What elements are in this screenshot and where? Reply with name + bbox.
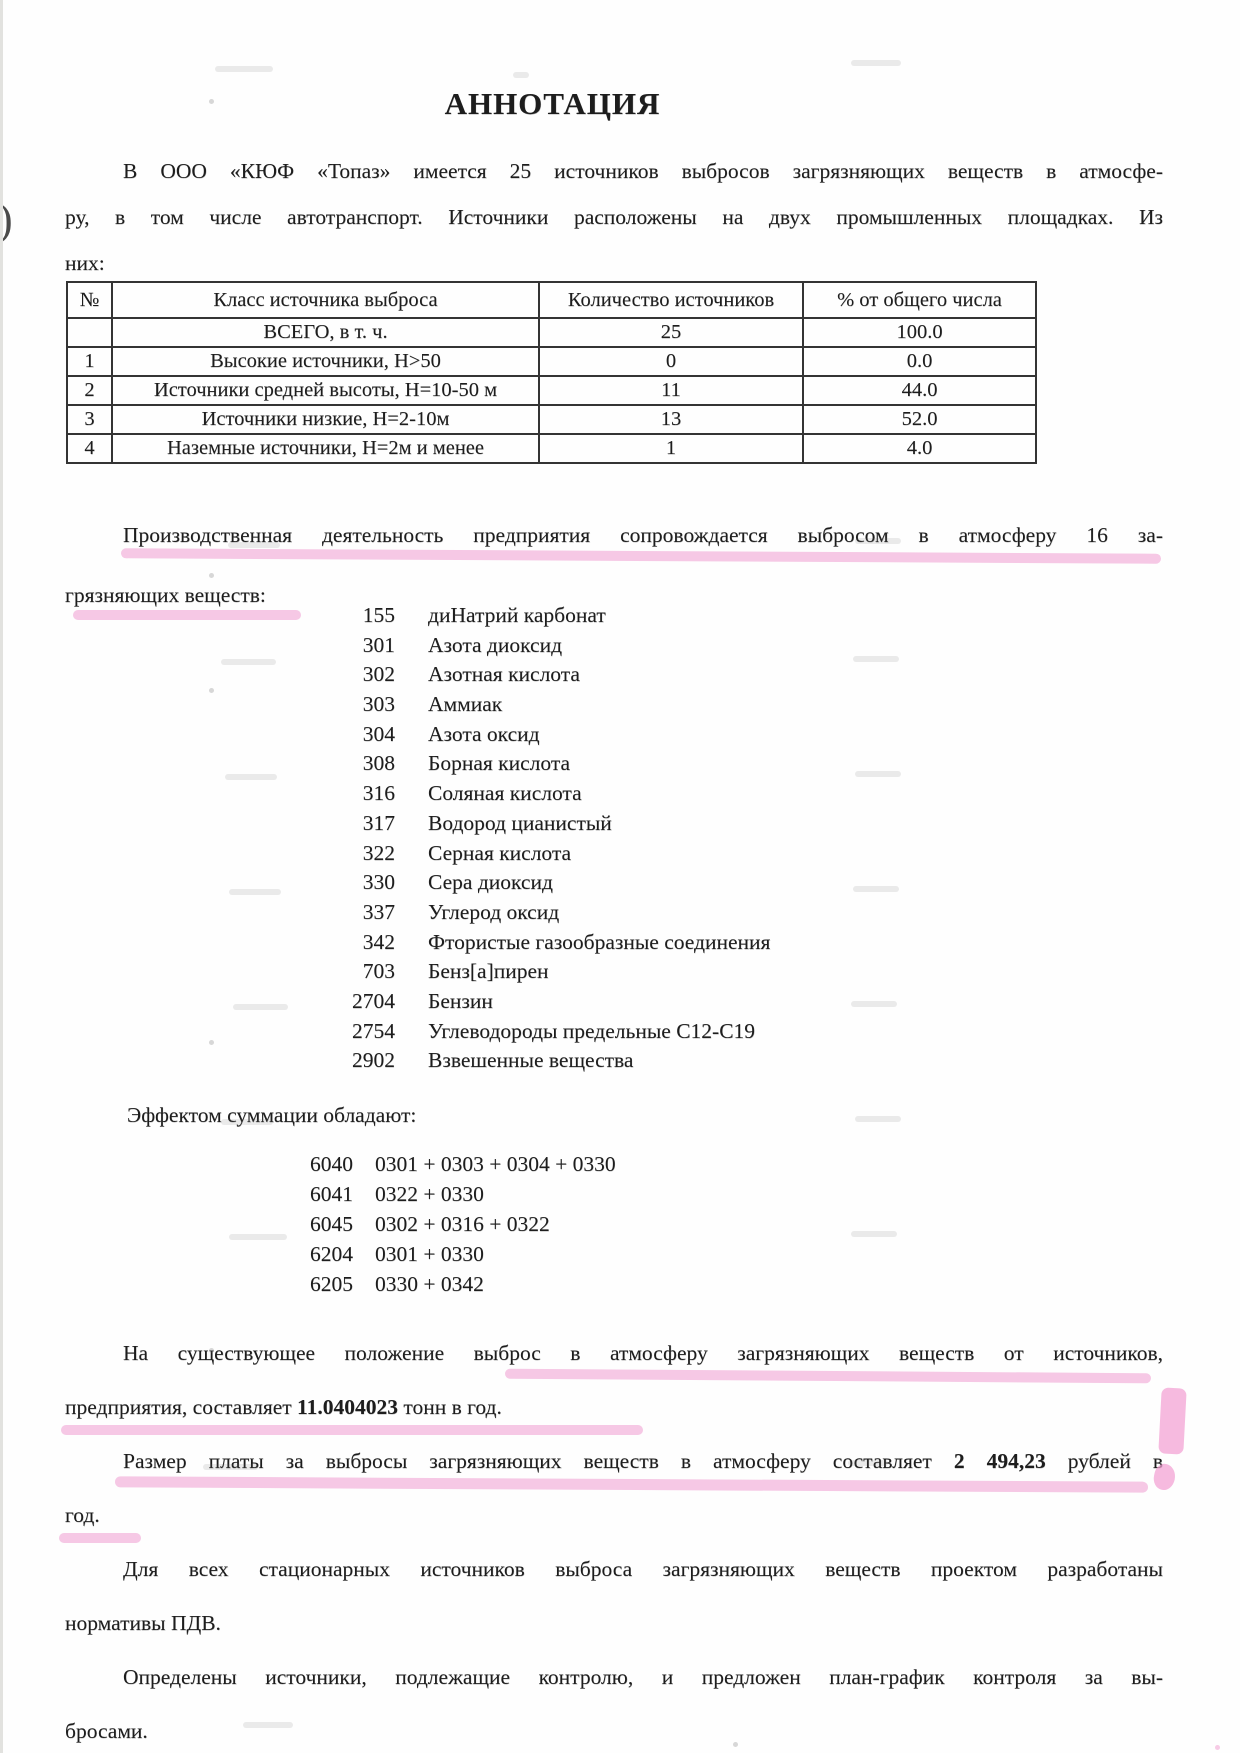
scan-dot	[733, 1742, 738, 1747]
scan-margin-mark: )	[0, 194, 13, 245]
summation-item: 6045 0302 + 0316 + 0322	[3, 1212, 1240, 1242]
pollutant-item: 703 Бенз[а]пирен	[3, 959, 1240, 989]
cell-percent: 52.0	[803, 405, 1036, 434]
pollutant-name: Борная кислота	[428, 751, 570, 776]
pollutant-code: 342	[333, 930, 395, 955]
scan-smudge	[225, 774, 277, 780]
scan-dot	[209, 1040, 214, 1045]
cell-percent: 44.0	[803, 376, 1036, 405]
table-row: ВСЕГО, в т. ч. 25 100.0	[67, 318, 1036, 347]
scan-smudge	[229, 1234, 287, 1240]
cell-percent: 100.0	[803, 318, 1036, 347]
pollutant-item: 2902 Взвешенные вещества	[3, 1048, 1240, 1078]
pollutant-code: 308	[333, 751, 395, 776]
pollutant-item: 317 Водород цианистый	[3, 811, 1240, 841]
pollutant-item: 342 Фтористые газообразные соединения	[3, 930, 1240, 960]
pink-highlight-underline	[61, 1425, 643, 1435]
table-header-row: № Класс источника выброса Количество ист…	[67, 282, 1036, 318]
scan-smudge	[855, 1116, 901, 1122]
pollutant-item: 301 Азота диоксид	[3, 633, 1240, 663]
pollutant-code: 2704	[333, 989, 395, 1014]
scan-smudge	[851, 60, 901, 66]
pollutant-name: Азота диоксид	[428, 633, 562, 658]
scan-smudge	[853, 886, 899, 892]
pollutant-code: 2902	[333, 1048, 395, 1073]
pollutant-item: 316 Соляная кислота	[3, 781, 1240, 811]
pollutant-code: 303	[333, 692, 395, 717]
pollutant-name: Азотная кислота	[428, 662, 580, 687]
pollutant-name: Соляная кислота	[428, 781, 582, 806]
col-header-class: Класс источника выброса	[112, 282, 539, 318]
scan-dot	[209, 688, 214, 693]
pollutant-item: 2704 Бензин	[3, 989, 1240, 1019]
pollutant-item: 304 Азота оксид	[3, 722, 1240, 752]
summation-code: 6041	[285, 1182, 353, 1207]
payment-value: 2 494,23	[954, 1449, 1046, 1473]
cell-count: 1	[539, 434, 803, 463]
summation-item: 6204 0301 + 0330	[3, 1242, 1240, 1272]
table-row: 4 Наземные источники, Н=2м и менее 1 4.0	[67, 434, 1036, 463]
scan-dot-pink	[1215, 1745, 1220, 1750]
pollutant-item: 330 Сера диоксид	[3, 870, 1240, 900]
cell-class: Высокие источники, Н>50	[112, 347, 539, 376]
col-header-count: Количество источников	[539, 282, 803, 318]
scan-smudge	[221, 659, 276, 665]
pink-highlight-underline	[121, 548, 1161, 563]
summation-code: 6205	[285, 1272, 353, 1297]
pollutant-code: 317	[333, 811, 395, 836]
cell-class: Источники низкие, Н=2-10м	[112, 405, 539, 434]
pink-highlight-underline	[73, 610, 301, 620]
scan-smudge	[855, 771, 901, 777]
payment-line-1-suffix: рублей в	[1046, 1449, 1163, 1473]
pollutant-name: Азота оксид	[428, 722, 540, 747]
pollutant-code: 330	[333, 870, 395, 895]
control-line-1: Определены источники, подлежащие контрол…	[65, 1664, 1163, 1691]
page-title: АННОТАЦИЯ	[65, 86, 1040, 122]
scan-dot	[209, 1348, 214, 1353]
cell-number: 2	[67, 376, 112, 405]
summation-formula: 0301 + 0330	[375, 1242, 484, 1267]
summation-code: 6204	[285, 1242, 353, 1267]
cell-percent: 0.0	[803, 347, 1036, 376]
emissions-line-2: предприятия, составляет 11.0404023 тонн …	[65, 1394, 1163, 1421]
scan-smudge	[228, 542, 280, 548]
pink-exclamation-mark	[1158, 1387, 1186, 1454]
scan-smudge	[221, 1119, 273, 1125]
cell-number	[67, 318, 112, 347]
summation-list: 6040 0301 + 0303 + 0304 + 0330 6041 0322…	[3, 1152, 1240, 1302]
payment-line-2: год.	[65, 1502, 1163, 1529]
scan-smudge	[229, 889, 281, 895]
cell-class: ВСЕГО, в т. ч.	[112, 318, 539, 347]
pollutant-code: 322	[333, 841, 395, 866]
summation-formula: 0330 + 0342	[375, 1272, 484, 1297]
pollutant-code: 337	[333, 900, 395, 925]
cell-count: 11	[539, 376, 803, 405]
pollutant-item: 303 Аммиак	[3, 692, 1240, 722]
pollutant-name: Взвешенные вещества	[428, 1048, 633, 1073]
summation-item: 6040 0301 + 0303 + 0304 + 0330	[3, 1152, 1240, 1182]
pollutant-name: Аммиак	[428, 692, 502, 717]
pollutant-code: 302	[333, 662, 395, 687]
pollutant-name: Водород цианистый	[428, 811, 612, 836]
scan-smudge	[203, 1464, 258, 1470]
summation-item: 6205 0330 + 0342	[3, 1272, 1240, 1302]
pollutant-code: 703	[333, 959, 395, 984]
pollutant-name: Углерод оксид	[428, 900, 559, 925]
table-row: 2 Источники средней высоты, Н=10-50 м 11…	[67, 376, 1036, 405]
col-header-percent: % от общего числа	[803, 282, 1036, 318]
summation-formula: 0322 + 0330	[375, 1182, 484, 1207]
scan-dot	[209, 99, 214, 104]
cell-percent: 4.0	[803, 434, 1036, 463]
scan-dot	[209, 573, 214, 578]
emissions-line-2-suffix: тонн в год.	[398, 1395, 502, 1419]
scan-smudge	[215, 66, 273, 72]
pink-highlight-underline	[505, 1369, 1151, 1384]
summation-item: 6041 0322 + 0330	[3, 1182, 1240, 1212]
summation-code: 6045	[285, 1212, 353, 1237]
scan-smudge	[851, 1001, 897, 1007]
pollutant-name: Углеводороды предельные С12-С19	[428, 1019, 755, 1044]
pollutant-list: 155 диНатрий карбонат 301 Азота диоксид …	[3, 603, 1240, 1078]
pollutant-code: 304	[333, 722, 395, 747]
pollutant-name: Бенз[а]пирен	[428, 959, 549, 984]
table-row: 3 Источники низкие, Н=2-10м 13 52.0	[67, 405, 1036, 434]
col-header-number: №	[67, 282, 112, 318]
scan-smudge	[855, 538, 901, 544]
pollutant-name: диНатрий карбонат	[428, 603, 606, 628]
cell-class: Наземные источники, Н=2м и менее	[112, 434, 539, 463]
scan-smudge	[851, 1231, 897, 1237]
pollutant-item: 337 Углерод оксид	[3, 900, 1240, 930]
cell-number: 3	[67, 405, 112, 434]
scan-smudge	[848, 1460, 888, 1466]
table-row: 1 Высокие источники, Н>50 0 0.0	[67, 347, 1036, 376]
cell-class: Источники средней высоты, Н=10-50 м	[112, 376, 539, 405]
pdv-line-1: Для всех стационарных источников выброса…	[65, 1556, 1163, 1583]
scan-smudge	[233, 1004, 288, 1010]
pollutant-name: Фтористые газообразные соединения	[428, 930, 770, 955]
scan-smudge	[513, 72, 529, 78]
pink-highlight-underline	[59, 1533, 141, 1543]
summation-formula: 0301 + 0303 + 0304 + 0330	[375, 1152, 616, 1177]
pollutant-code: 155	[333, 603, 395, 628]
cell-number: 1	[67, 347, 112, 376]
pollutant-name: Бензин	[428, 989, 493, 1014]
control-line-2: бросами.	[65, 1718, 1163, 1745]
pollutant-item: 2754 Углеводороды предельные С12-С19	[3, 1019, 1240, 1049]
intro-line-2: ру, в том числе автотранспорт. Источники…	[65, 204, 1163, 231]
intro-line-1: В ООО «КЮФ «Топаз» имеется 25 источников…	[65, 158, 1163, 185]
pollutant-name: Серная кислота	[428, 841, 571, 866]
emissions-line-1: На существующее положение выброс в атмос…	[65, 1340, 1163, 1367]
payment-line-1: Размер платы за выбросы загрязняющих вещ…	[65, 1448, 1163, 1475]
intro-line-3: них:	[65, 250, 1163, 277]
scan-smudge	[853, 656, 899, 662]
pollutant-item: 302 Азотная кислота	[3, 662, 1240, 692]
summation-code: 6040	[285, 1152, 353, 1177]
cell-count: 13	[539, 405, 803, 434]
cell-number: 4	[67, 434, 112, 463]
pollutant-item: 322 Серная кислота	[3, 841, 1240, 871]
cell-count: 25	[539, 318, 803, 347]
pdv-line-2: нормативы ПДВ.	[65, 1610, 1163, 1637]
summation-formula: 0302 + 0316 + 0322	[375, 1212, 550, 1237]
emissions-line-2-prefix: предприятия, составляет	[65, 1395, 297, 1419]
emissions-total-value: 11.0404023	[297, 1395, 398, 1419]
pollutant-code: 2754	[333, 1019, 395, 1044]
pollutant-code: 316	[333, 781, 395, 806]
scan-smudge	[243, 1722, 293, 1728]
pollutant-item: 308 Борная кислота	[3, 751, 1240, 781]
cell-count: 0	[539, 347, 803, 376]
pink-highlight-underline	[115, 1476, 1148, 1492]
pollutant-code: 301	[333, 633, 395, 658]
sources-table: № Класс источника выброса Количество ист…	[66, 281, 1037, 464]
scanned-document-page: ) АННОТАЦИЯ В ООО «КЮФ «Топаз» имеется 2…	[0, 0, 1240, 1753]
pollutant-name: Сера диоксид	[428, 870, 553, 895]
